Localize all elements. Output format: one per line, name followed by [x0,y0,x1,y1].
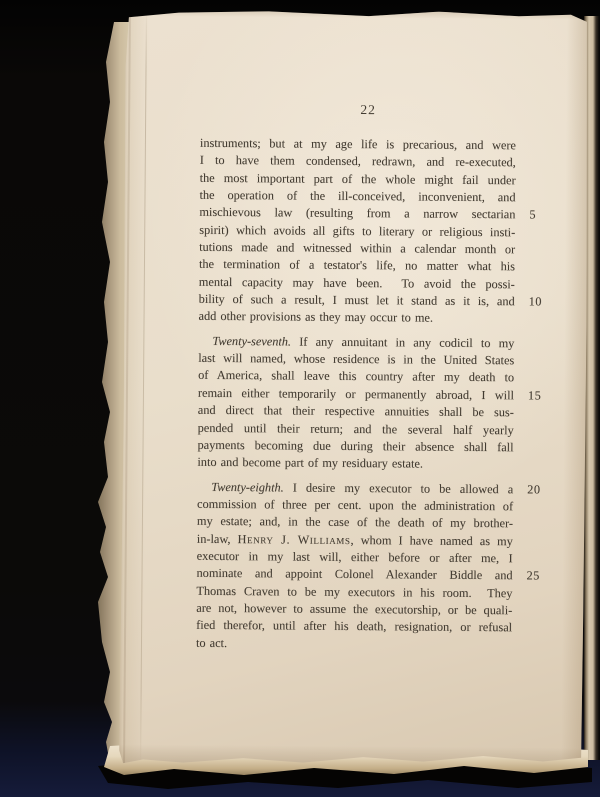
text-run: executor in my last will, either before … [197,549,513,565]
text-run: mental capacity may have been. To avoid … [199,275,515,291]
line-number: 15 [528,387,541,404]
text-run: instruments; but at my age life is preca… [200,136,516,152]
text-run: and direct that their respective annuiti… [198,403,514,419]
text-run: I to have them condensed, redrawn, and r… [200,153,516,169]
text-run: remain either temporarily or permanently… [198,386,514,402]
text-run: in-law, [197,531,238,545]
text-line: to act. [196,634,512,654]
text-run: Thomas Craven to be my executors in his … [196,583,512,599]
text-run: I desire my executor to be allowed a [284,480,514,496]
text-run: nominate and appoint Colonel Alexander B… [196,566,512,582]
text-line: into and become part of my residuary est… [197,454,513,474]
text-run: bility of such a result, I must let it s… [199,292,515,308]
text-run: add other provisions as they may occur t… [199,309,434,325]
text-run: last will named, whose residence is in t… [198,351,514,367]
text-run: If any annuitant in any codicil to my [291,334,514,350]
text-run: the operation of the ill-conceived, inco… [199,188,515,204]
text-run: , whom I have named as my [350,533,512,548]
text-run: are not, however to assume the executors… [196,601,512,617]
text-run: mischievous law (resulting from a narrow… [199,205,515,221]
text-line: add other provisions as they may occur t… [198,308,514,328]
text-run: commission of three per cent. upon the a… [197,497,513,513]
text-run: to act. [196,635,227,649]
smallcaps-text-run: Henry J. Williams [238,532,351,547]
line-number: 25 [526,568,539,585]
text-run: tutions made and witnessed within a cale… [199,240,515,256]
scanned-book-photo: 22 instruments; but at my age life is pr… [0,0,600,797]
line-number: 20 [527,481,540,498]
text-run: fied therefor, until after his death, re… [196,618,512,634]
text-run: spirit) which avoids all gifts to litera… [199,223,515,239]
italic-text-run: Twenty-seventh. [212,334,291,349]
text-run: of America, shall leave this country aft… [198,368,514,384]
italic-text-run: Twenty-eighth. [211,479,284,494]
page-number: 22 [118,100,590,120]
page-text-block: instruments; but at my age life is preca… [196,135,516,654]
text-run: my estate; and, in the case of the death… [197,514,513,530]
text-run: payments becoming due during their absen… [198,438,514,454]
text-run: the termination of a testator's life, no… [199,257,515,273]
text-run: into and become part of my residuary est… [197,455,423,471]
text-run: pended until their return; and the sever… [198,420,514,436]
book-page: 22 instruments; but at my age life is pr… [113,8,591,770]
text-run: the most important part of the whole mig… [200,170,516,186]
line-number: 5 [529,207,536,224]
line-number: 10 [529,293,542,310]
